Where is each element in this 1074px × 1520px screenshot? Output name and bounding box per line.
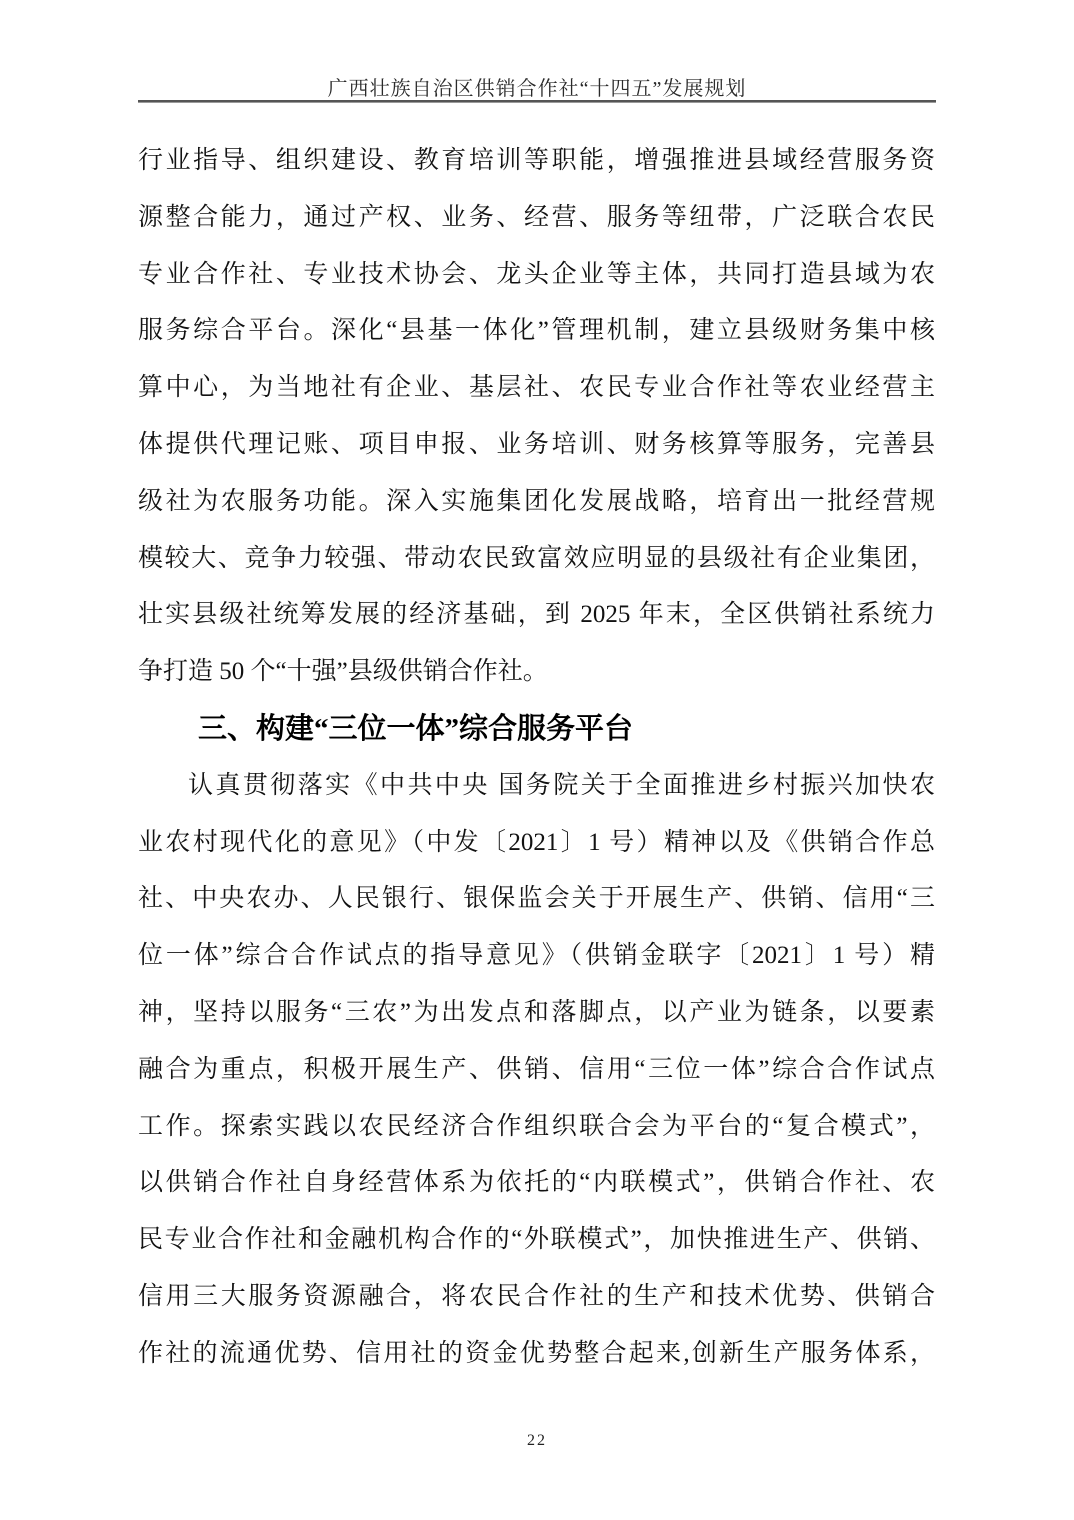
paragraph-2: 认真贯彻落实《中共中央 国务院关于全面推进乡村振兴加快农 业农村现代化的意见》（… [138, 758, 935, 1383]
body-text-line: 体提供代理记账、项目申报、业务培训、财务核算等服务，完善县 [138, 417, 935, 474]
body-text-line: 行业指导、组织建设、教育培训等职能，增强推进县域经营服务资 [138, 133, 935, 190]
body-text-line: 源整合能力，通过产权、业务、经营、服务等纽带，广泛联合农民 [138, 190, 935, 247]
body-text-line: 争打造 50 个“十强”县级供销合作社。 [138, 644, 935, 701]
body-text-line: 社、中央农办、人民银行、银保监会关于开展生产、供销、信用“三 [138, 871, 935, 928]
body-text-line: 民专业合作社和金融机构合作的“外联模式”，加快推进生产、供销、 [138, 1212, 935, 1269]
body-text-line: 壮实县级社统筹发展的经济基础，到 2025 年末，全区供销社系统力 [138, 587, 935, 644]
document-body: 行业指导、组织建设、教育培训等职能，增强推进县域经营服务资 源整合能力，通过产权… [138, 133, 935, 1383]
body-text-line: 信用三大服务资源融合，将农民合作社的生产和技术优势、供销合 [138, 1269, 935, 1326]
header-divider-line [138, 100, 936, 103]
body-text-line: 模较大、竞争力较强、带动农民致富效应明显的县级社有企业集团， [138, 531, 935, 588]
page-number: 22 [0, 1432, 1074, 1450]
body-text-line: 工作。探索实践以农民经济合作组织联合会为平台的“复合模式”， [138, 1099, 935, 1156]
body-text-line: 融合为重点，积极开展生产、供销、信用“三位一体”综合合作试点 [138, 1042, 935, 1099]
body-text-line: 作社的流通优势、信用社的资金优势整合起来,创新生产服务体系， [138, 1326, 935, 1383]
body-text-line: 业农村现代化的意见》（中发〔2021〕1 号）精神以及《供销合作总 [138, 815, 935, 872]
body-text-line: 算中心，为当地社有企业、基层社、农民专业合作社等农业经营主 [138, 360, 935, 417]
page-header-title: 广西壮族自治区供销合作社“十四五”发展规划 [0, 72, 1074, 101]
body-text-line: 以供销合作社自身经营体系为依托的“内联模式”，供销合作社、农 [138, 1155, 935, 1212]
document-page: 广西壮族自治区供销合作社“十四五”发展规划 行业指导、组织建设、教育培训等职能，… [0, 0, 1074, 1520]
body-text-line: 神，坚持以服务“三农”为出发点和落脚点，以产业为链条，以要素 [138, 985, 935, 1042]
body-text-line: 位一体”综合合作试点的指导意见》（供销金联字〔2021〕1 号）精 [138, 928, 935, 985]
paragraph-1: 行业指导、组织建设、教育培训等职能，增强推进县域经营服务资 源整合能力，通过产权… [138, 133, 935, 701]
body-text-line: 认真贯彻落实《中共中央 国务院关于全面推进乡村振兴加快农 [138, 758, 935, 815]
section-heading: 三、构建“三位一体”综合服务平台 [138, 701, 935, 758]
body-text-line: 服务综合平台。深化“县基一体化”管理机制，建立县级财务集中核 [138, 303, 935, 360]
body-text-line: 级社为农服务功能。深入实施集团化发展战略，培育出一批经营规 [138, 474, 935, 531]
body-text-line: 专业合作社、专业技术协会、龙头企业等主体，共同打造县域为农 [138, 247, 935, 304]
